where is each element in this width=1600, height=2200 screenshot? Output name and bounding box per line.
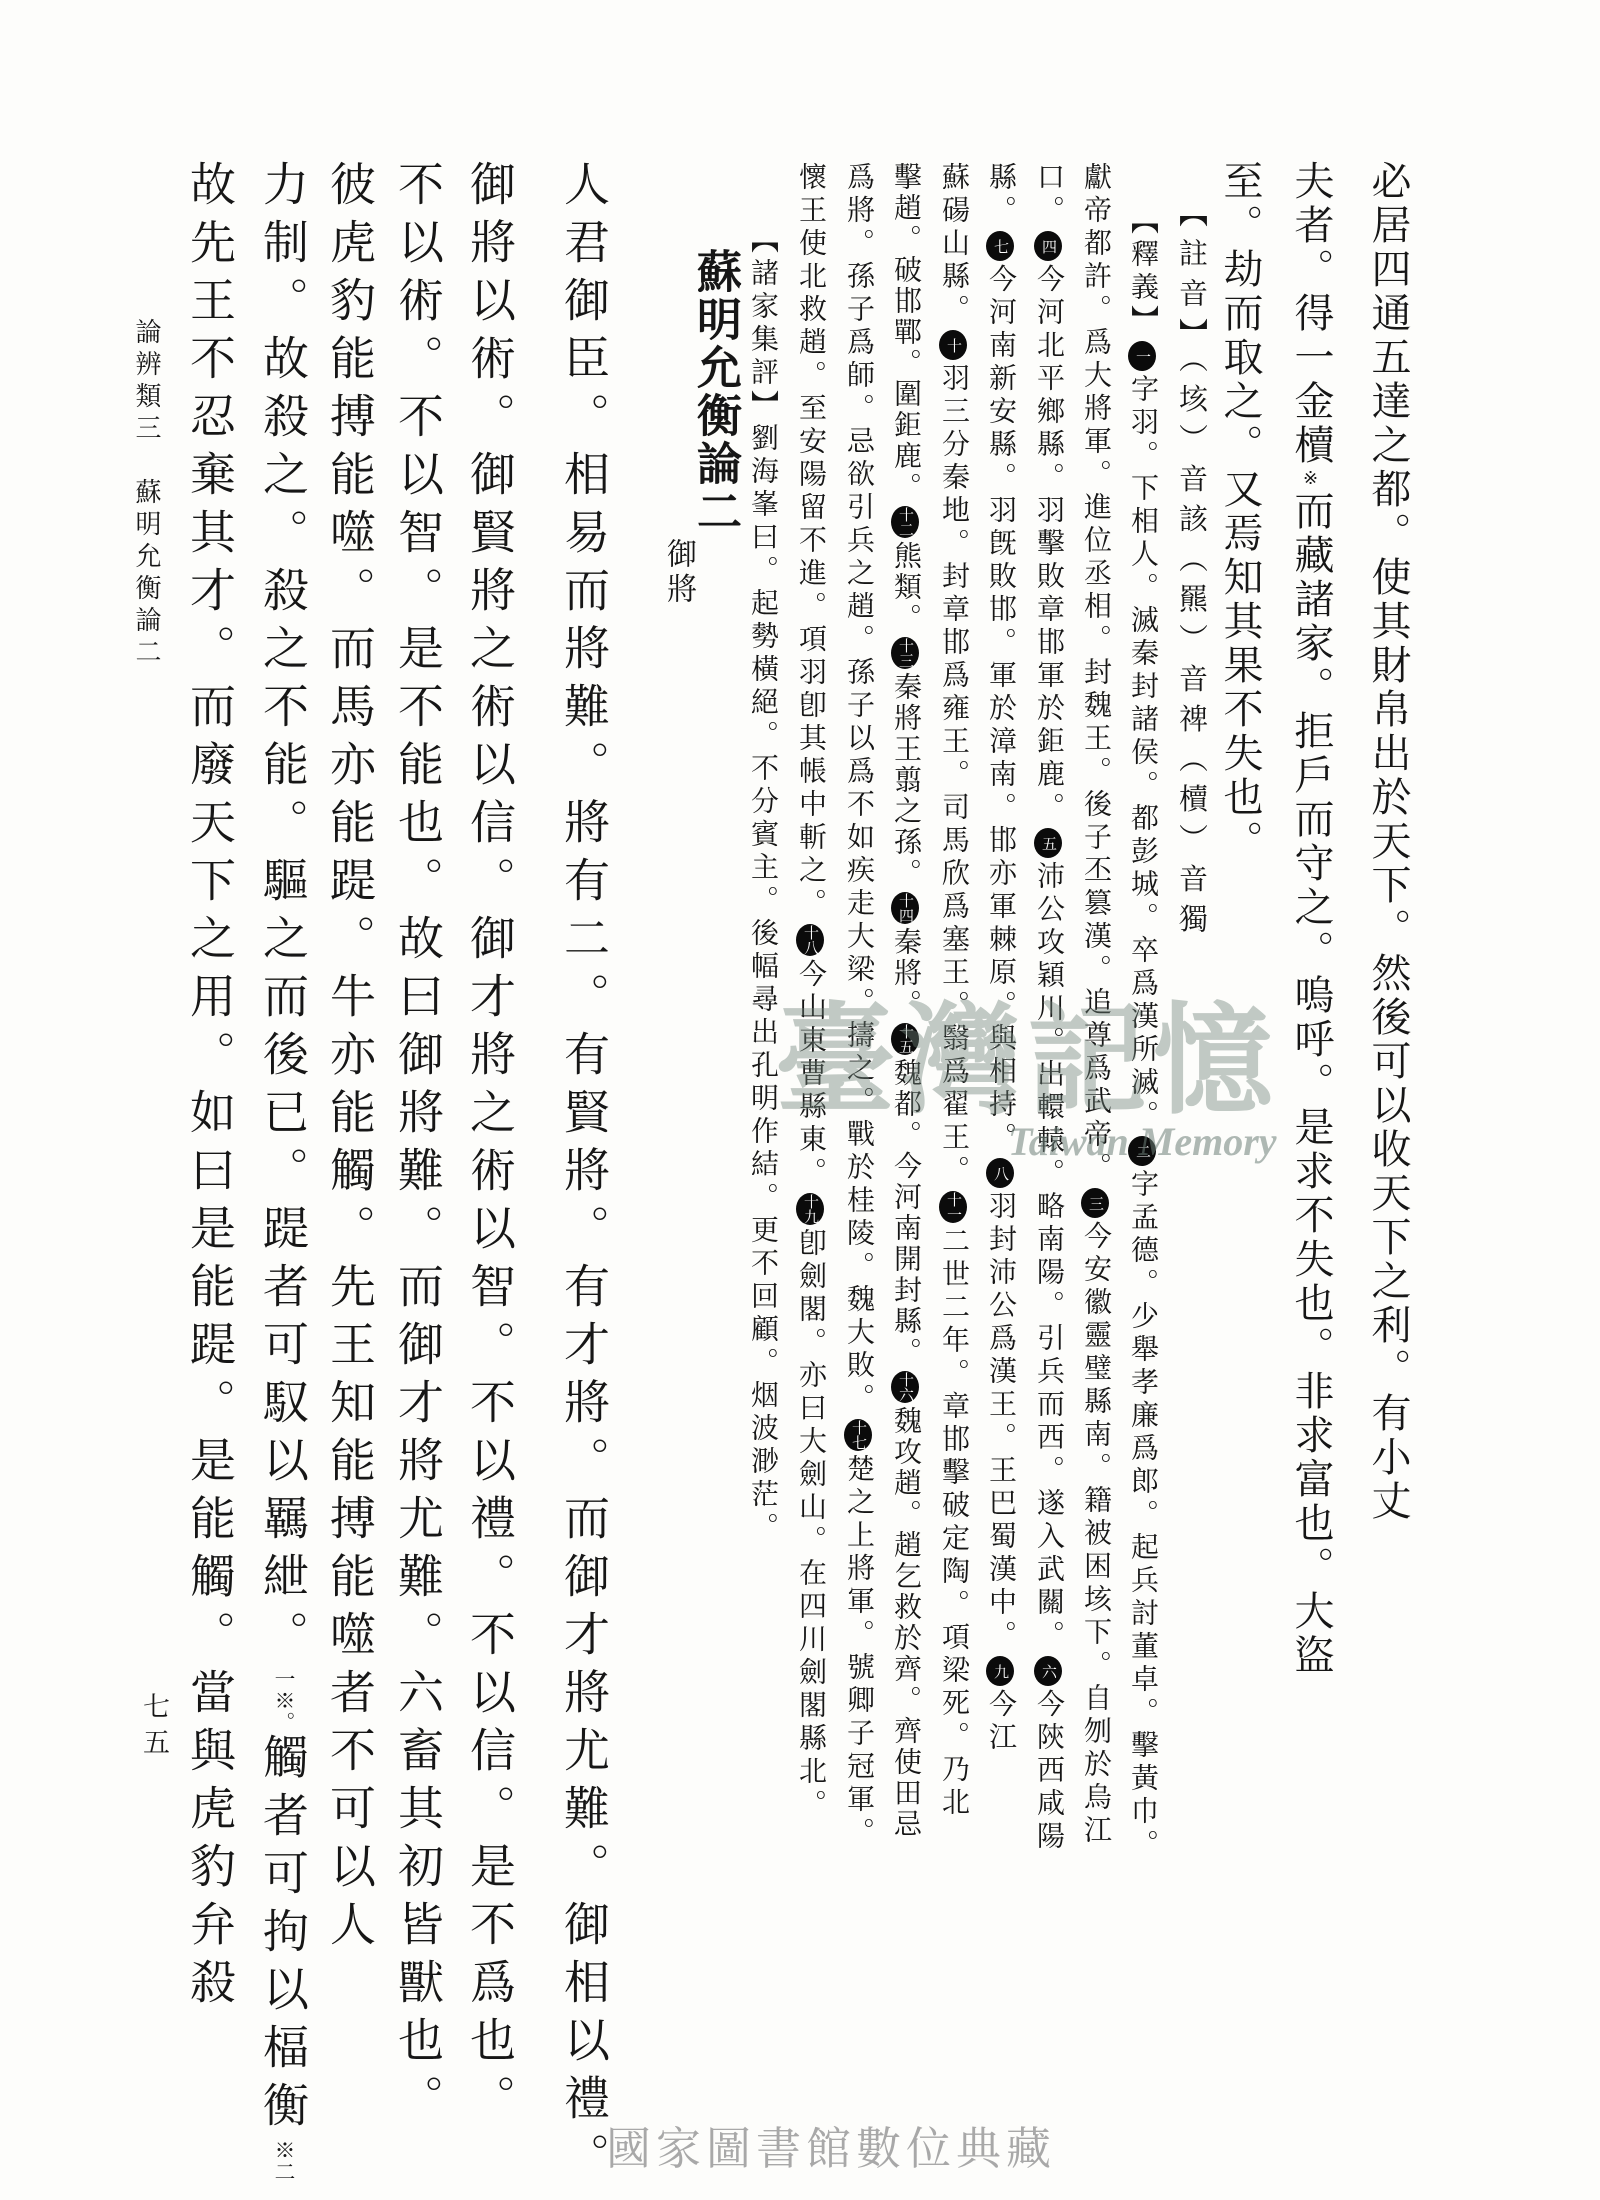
note-number-badge: 十一 xyxy=(939,1191,967,1223)
essay-column: 故先王不忍棄其才。而廢天下之用。如曰是能踶。是能觸。當與虎豹弁殺 xyxy=(186,160,232,2060)
note-number-badge: 九 xyxy=(986,1656,1014,1686)
page-number: 七五 xyxy=(140,1692,167,1812)
note-number-badge: 四 xyxy=(1034,231,1062,261)
side-note-mark: ※二 xyxy=(271,2139,293,2182)
shiyi-annotation-column: 獻帝都許。爲大將軍。進位丞相。封魏王。後子丕篡漢。追尊爲武帝。三今安徽靈璧縣南。… xyxy=(1081,162,1109,2042)
note-number-badge: 八 xyxy=(986,1158,1014,1188)
shiyi-annotation-column: 【釋義】一字羽。下相人。滅秦封諸侯。都彭城。卒爲漢所滅。二字孟德。少舉孝廉爲郎。… xyxy=(1128,206,1156,2046)
note-number-badge: 三 xyxy=(1081,1188,1109,1218)
note-number-badge: 十九 xyxy=(796,1193,824,1225)
note-number-badge: 十六 xyxy=(891,1371,919,1403)
zhuyin-annotation-column: 【註音】（垓）音該（羆）音禆（櫝）音獨 xyxy=(1176,198,1205,1198)
footer-caption: 國家圖書館數位典藏 xyxy=(606,2112,1056,2177)
note-number-badge: 十八 xyxy=(796,924,824,956)
margin-running-header: 論辨類三 蘇明允衡論二 xyxy=(133,318,159,738)
shiyi-annotation-column: 擊趙。破邯鄲。圍鉅鹿。十二熊類。十三秦將王翦之孫。十四秦將。十五魏都。今河南開封… xyxy=(891,162,919,2042)
prev-essay-column: 夫者。得一金櫝※而藏諸家。拒戶而守之。嗚呼。是求不失也。非求富也。大盜 xyxy=(1291,160,1331,2040)
shiyi-annotation-column: 縣。七今河南新安縣。羽旣敗邯。軍於漳南。邯亦軍棘原。與相持。八羽封沛公爲漢王。王… xyxy=(986,162,1014,2042)
note-number-badge: 一 xyxy=(1128,341,1156,371)
side-note-mark: ※ xyxy=(1301,468,1321,490)
essay-column: 不以術。不以智。是不能也。故曰御將難。而御才將尤難。六畜其初皆獸也。 xyxy=(394,160,440,2060)
essay-column: 御將以術。御賢將之術以信。御才將之術以智。不以禮。不以信。是不爲也。 xyxy=(466,160,512,2060)
note-number-badge: 十五 xyxy=(891,1023,919,1055)
jiping-commentary-column: 【諸家集評】劉海峯曰。起勢橫絕。不分賓主。後幅尋出孔明作結。更不回顧。烟波渺茫。 xyxy=(748,225,776,1825)
prev-essay-column: 至。劫而取之。又焉知其果不失也。 xyxy=(1220,160,1260,2040)
shiyi-annotation-column: 蘇碭山縣。十羽三分秦地。封章邯爲雍王。司馬欣爲塞王。翳爲翟王。十一二世二年。章邯… xyxy=(939,162,967,2042)
note-number-badge: 十七 xyxy=(844,1419,872,1451)
note-number-badge: 六 xyxy=(1034,1656,1062,1686)
scanned-book-page: 必居四通五達之都。使其財帛出於天下。然後可以收天下之利。有小丈 夫者。得一金櫝※… xyxy=(0,0,1600,2200)
note-number-badge: 十三 xyxy=(891,637,919,669)
shiyi-annotation-column: 爲將。孫子爲師。忌欲引兵之趙。孫子以爲不如疾走大梁。擣之。戰於桂陵。魏大敗。十七… xyxy=(844,162,872,2042)
essay-title: 蘇明允衡論二 xyxy=(692,248,737,568)
note-number-badge: 七 xyxy=(986,231,1014,261)
prev-essay-column: 必居四通五達之都。使其財帛出於天下。然後可以收天下之利。有小丈 xyxy=(1368,160,1408,2040)
essay-subtitle: 御將 xyxy=(663,538,693,658)
note-number-badge: 十二 xyxy=(891,506,919,538)
essay-column: 力制。故殺之。殺之不能。驅之而後已。踶者可馭以羈紲。一※。觸者可拘以楅衡※二 xyxy=(259,160,305,2060)
note-number-badge: 十 xyxy=(939,330,967,360)
essay-column: 彼虎豹能搏能噬。而馬亦能踶。牛亦能觸。先王知能搏能噬者不可以人 xyxy=(326,160,372,2060)
side-note-mark: 一※。 xyxy=(271,1668,293,1733)
note-number-badge: 十四 xyxy=(891,892,919,924)
note-number-badge: 五 xyxy=(1034,828,1062,858)
shiyi-annotation-column: 懷王使北救趙。至安陽留不進。項羽卽其帳中斬之。十八今山東曹縣東。十九卽劍閣。亦曰… xyxy=(796,162,824,2042)
note-number-badge: 二 xyxy=(1128,1136,1156,1166)
shiyi-annotation-column: 口。四今河北平鄉縣。羽擊敗章邯軍於鉅鹿。五沛公攻穎川。出轘轅。略南陽。引兵而西。… xyxy=(1034,162,1062,2042)
essay-column: 人君御臣。相易而將難。將有二。有賢將。有才將。而御才將尤難。御相以禮。 xyxy=(560,160,606,2060)
